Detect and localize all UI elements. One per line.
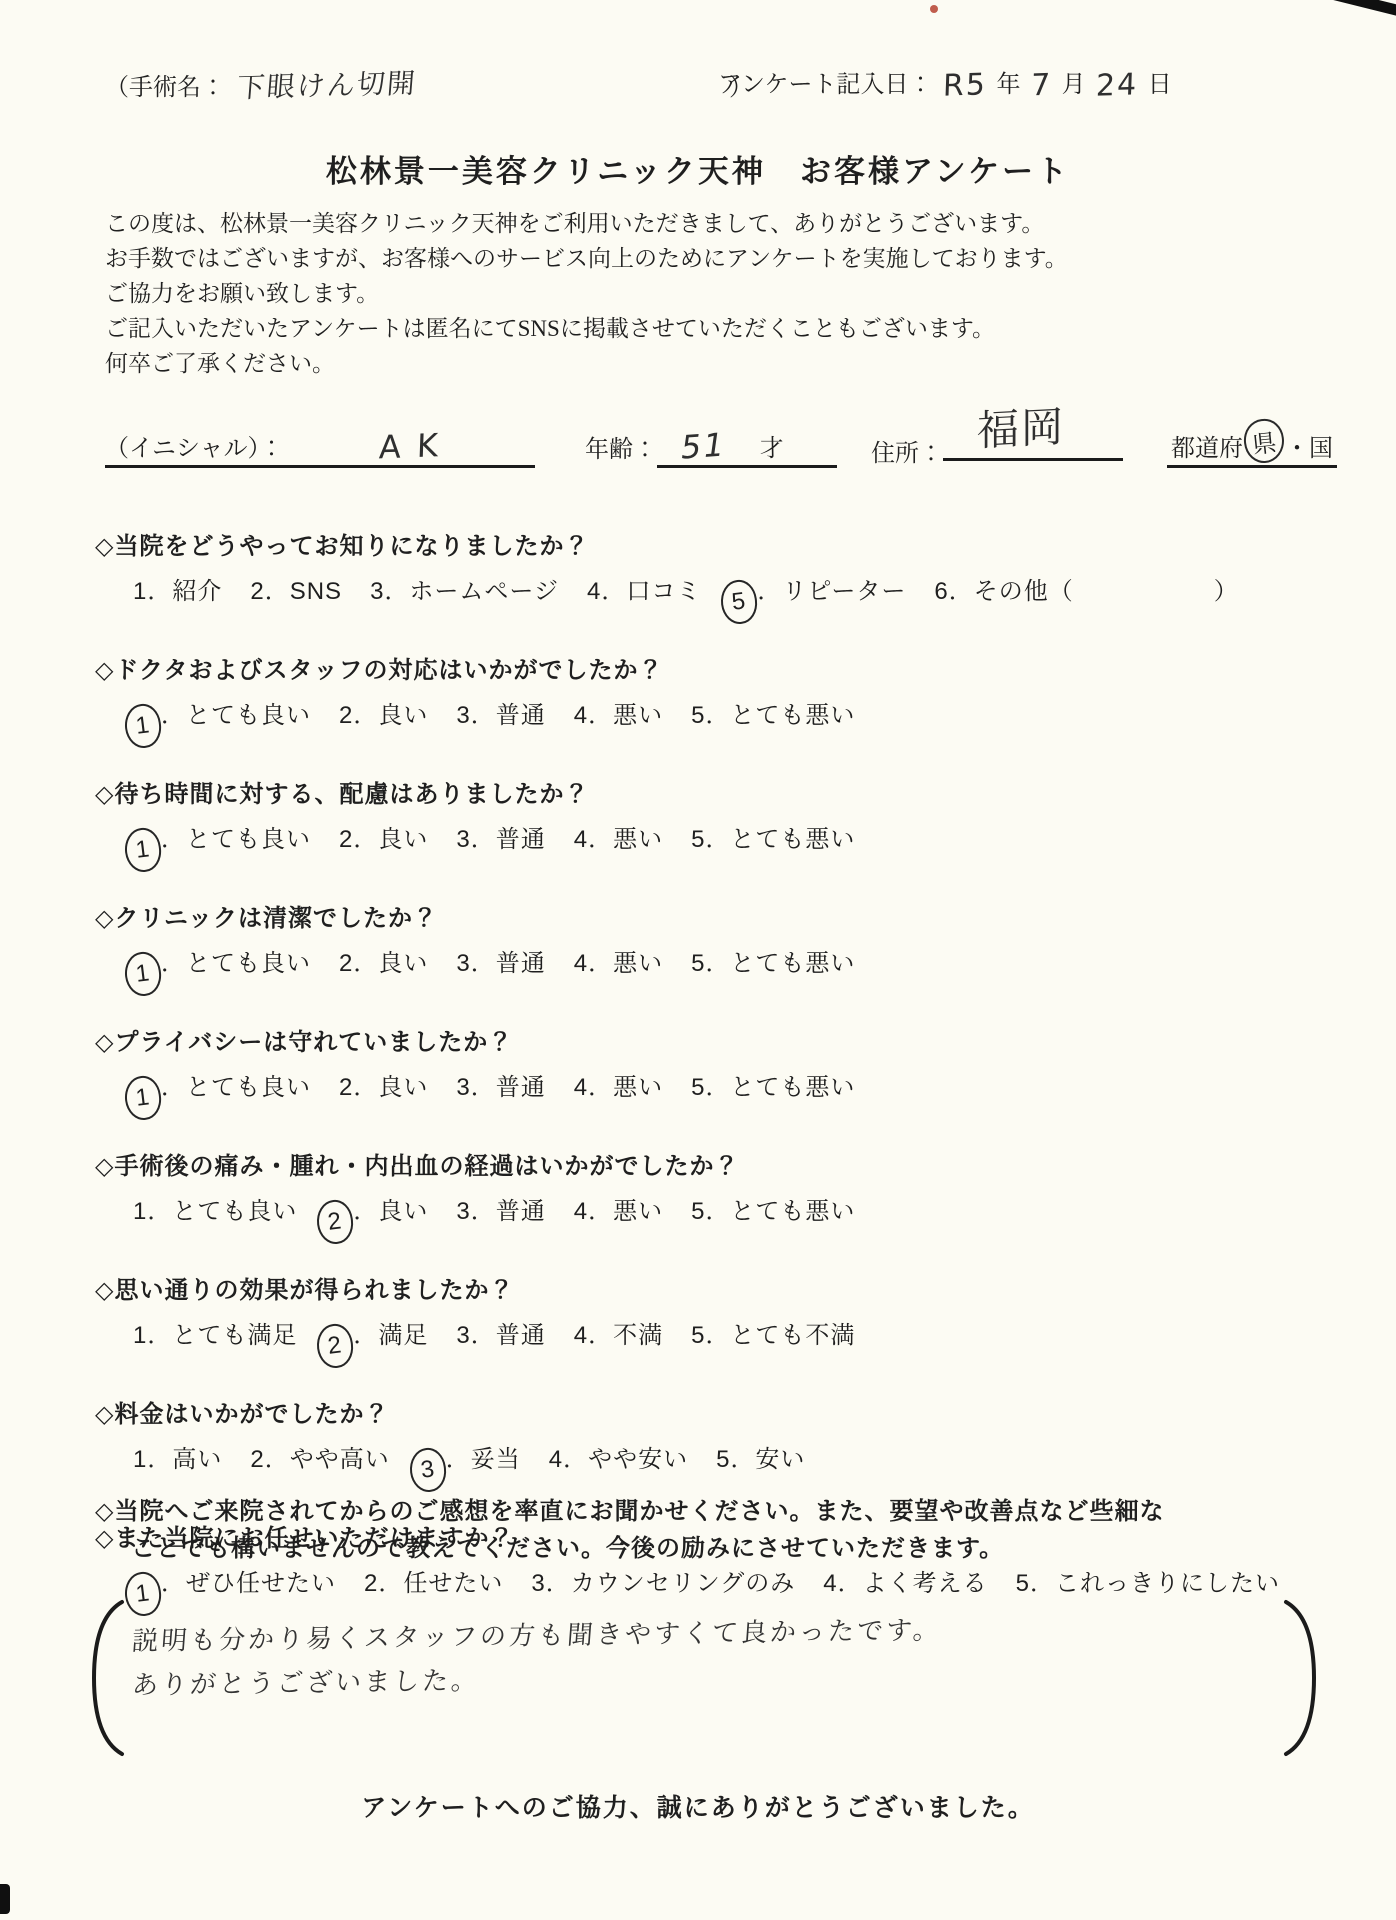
answer-option: 5．とても不満 [691,1322,855,1349]
answer-option: 1．とても良い [133,702,311,729]
option-number: 4 [549,1440,563,1480]
age-unit: 才 [760,428,784,465]
question-options: 1．とても満足2．満足3．普通4．不満5．とても不満 [95,1316,1365,1368]
answer-option: 4．悪い [574,1074,663,1101]
option-number: 3 [456,820,470,860]
region-selector: 都道府県・国 [1167,415,1337,468]
form-title: 松林景一美容クリニック天神 お客様アンケート [0,146,1396,191]
age-handwritten-value: 51 [678,425,728,467]
answer-option: 5．とても悪い [691,826,855,853]
answer-option: 1．とても良い [133,826,311,853]
option-number: 4 [574,820,588,860]
answer-option: 2．良い [339,950,428,977]
answer-option: 1．とても良い [133,1074,311,1101]
option-number: 1 [133,1192,147,1232]
date-year-unit: 年 [997,72,1021,98]
answer-option: 3．普通 [456,702,545,729]
closing-thanks: アンケートへのご協力、誠にありがとうございました。 [0,1788,1396,1824]
answer-option: 4．不満 [574,1322,663,1349]
answer-option: 1．とても良い [133,950,311,977]
answer-option: 1．とても満足 [133,1322,297,1349]
answer-option: 4．口コミ [587,578,701,605]
option-number: 5 [716,1440,730,1480]
question-options: 1．とても良い2．良い3．普通4．悪い5．とても悪い [95,944,1365,996]
circled-answer-number: 3 [407,1446,448,1494]
circled-answer-number: 2 [315,1322,356,1370]
initials-handwritten-value: AK [378,426,454,467]
answer-option: 2．良い [325,1198,428,1225]
question-block: ◇思い通りの効果が得られましたか？ 1．とても満足2．満足3．普通4．不満5．と… [95,1276,1365,1368]
surgery-name-field: （手術名：下眼けん切開） [105,64,753,104]
answer-option: 3．妥当 [418,1446,521,1473]
option-number: 3 [370,572,384,612]
survey-date-field: アンケート記入日：R5年7月24日 [718,64,1172,103]
answer-option: 2．満足 [325,1322,428,1349]
option-number: 4 [587,572,601,612]
option-number: 2 [339,1068,353,1108]
answer-option: 6．その他（） [934,578,1238,605]
answer-option: 4．やや安い [549,1446,688,1473]
answer-option: 5．とても悪い [691,1074,855,1101]
circled-region-kanji: 県 [1242,417,1286,465]
question-block: ◇手術後の痛み・腫れ・内出血の経過はいかがでしたか？ 1．とても良い2．良い3．… [95,1152,1365,1244]
question-options: 1．とても良い2．良い3．普通4．悪い5．とても悪い [95,1192,1365,1244]
date-month-unit: 月 [1062,72,1086,98]
question-block: ◇ドクタおよびスタッフの対応はいかがでしたか？ 1．とても良い2．良い3．普通4… [95,656,1365,748]
circled-answer-number: 5 [719,578,760,626]
question-options: 1．とても良い2．良い3．普通4．悪い5．とても悪い [95,820,1365,872]
option-number: 1 [133,1440,147,1480]
date-day-handwritten: 24 [1095,67,1138,104]
option-number: 2 [250,572,264,612]
circled-answer-number: 2 [315,1198,356,1246]
option-number: 5 [691,1192,705,1232]
option-number: 3 [456,1068,470,1108]
option-number: 4 [574,1192,588,1232]
circled-answer-number: 1 [122,826,163,874]
intro-line: ご協力をお願い致します。 [105,276,1165,311]
answer-option: 3．普通 [456,826,545,853]
option-number: 4 [574,696,588,736]
date-label: アンケート記入日： [718,72,933,98]
date-era-handwritten: R5 [942,67,987,104]
scan-artifact-corner [1320,0,1396,19]
option-number: 3 [456,944,470,984]
question-heading: ◇手術後の痛み・腫れ・内出血の経過はいかがでしたか？ [95,1152,1365,1182]
question-heading: ◇思い通りの効果が得られましたか？ [95,1276,1365,1306]
answer-option: 2．やや高い [250,1446,389,1473]
question-block: ◇クリニックは清潔でしたか？ 1．とても良い2．良い3．普通4．悪い5．とても悪… [95,904,1365,996]
question-block: ◇当院をどうやってお知りになりましたか？ 1．紹介2．SNS3．ホームページ4．… [95,532,1365,624]
question-heading: ◇クリニックは清潔でしたか？ [95,904,1365,934]
surgery-label: （手術名： [105,75,225,101]
answer-option: 2．良い [339,1074,428,1101]
option-number: 4 [574,1316,588,1356]
question-heading: ◇ドクタおよびスタッフの対応はいかがでしたか？ [95,656,1365,686]
option-number: 5 [691,820,705,860]
option-number: 5 [691,944,705,984]
question-options: 1．とても良い2．良い3．普通4．悪い5．とても悪い [95,1068,1365,1120]
comment-box: 説明も分かり易くスタッフの方も聞きやすくて良かったです。 ありがとうございました… [86,1598,1322,1758]
question-block: ◇料金はいかがでしたか？ 1．高い2．やや高い3．妥当4．やや安い5．安い [95,1400,1365,1492]
question-options: 1．とても良い2．良い3．普通4．悪い5．とても悪い [95,696,1365,748]
option-number: 3 [456,1192,470,1232]
age-field: 年齢：51才 [585,415,837,468]
left-paren-decoration [86,1598,128,1758]
circled-answer-number: 1 [122,950,163,998]
option-number: 3 [456,696,470,736]
option-number: 2 [250,1440,264,1480]
option-number: 6 [934,572,948,612]
answer-option: 1．とても良い [133,1198,297,1225]
answer-option: 2．良い [339,826,428,853]
intro-line: ご記入いただいたアンケートは匿名にてSNSに掲載させていただくこともございます。 [105,311,1165,346]
answer-option: 5．とても悪い [691,950,855,977]
option-number: 5 [691,696,705,736]
address-label: 住所： [871,441,943,469]
answer-option: 4．悪い [574,702,663,729]
option-number: 5 [691,1068,705,1108]
option-number: 1 [133,1316,147,1356]
answer-option: 5．とても悪い [691,702,855,729]
question-block: ◇待ち時間に対する、配慮はありましたか？ 1．とても良い2．良い3．普通4．悪い… [95,780,1365,872]
comment-prompt-line: ◇当院へご来院されてからのご感想を率直にお聞かせください。また、要望や改善点など… [95,1493,1365,1530]
question-heading: ◇プライバシーは守れていましたか？ [95,1028,1365,1058]
question-heading: ◇待ち時間に対する、配慮はありましたか？ [95,780,1365,810]
answer-option: 5．これっきりにしたい [1016,1570,1280,1597]
answer-option: 2．任せたい [364,1570,503,1597]
answer-option: 5．安い [716,1446,805,1473]
question-heading: ◇当院をどうやってお知りになりましたか？ [95,532,1365,562]
answer-option: 2．SNS [250,578,342,605]
option-number: 4 [574,1068,588,1108]
answer-option: 3．普通 [456,950,545,977]
intro-paragraph: この度は、松林景一美容クリニック天神をご利用いただきまして、ありがとうございます… [105,206,1165,381]
scan-artifact-edge [0,1884,10,1914]
profile-row: （イニシャル）： AK 年齢：51才 住所：福岡 都道府県・国 [105,408,1345,468]
questions-section: ◇当院をどうやってお知りになりましたか？ 1．紹介2．SNS3．ホームページ4．… [95,532,1365,1648]
option-number: 5 [691,1316,705,1356]
address-handwritten-value: 福岡 [977,394,1065,459]
question-options: 1．高い2．やや高い3．妥当4．やや安い5．安い [95,1440,1365,1492]
surgery-handwritten-value: 下眼けん切開 [235,62,418,107]
option-number: 2 [339,696,353,736]
circled-answer-number: 1 [122,702,163,750]
question-heading: ◇料金はいかがでしたか？ [95,1400,1365,1430]
intro-line: お手数ではございますが、お客様へのサービス向上のためにアンケートを実施しておりま… [105,241,1165,276]
date-month-handwritten: 7 [1030,68,1052,104]
address-field: 住所：福岡 [871,408,1123,468]
question-block: ◇プライバシーは守れていましたか？ 1．とても良い2．良い3．普通4．悪い5．と… [95,1028,1365,1120]
scanned-survey-form: （手術名：下眼けん切開） アンケート記入日：R5年7月24日 松林景一美容クリニ… [0,0,1396,1920]
answer-option: 4．よく考える [823,1570,987,1597]
answer-option: 1．高い [133,1446,222,1473]
comment-prompt-line: ことでも構いませんので教えてください。今後の励みにさせていただきます。 [95,1530,1365,1567]
answer-option: 5．リピーター [729,578,906,605]
answer-option: 4．悪い [574,1198,663,1225]
answer-option: 1．紹介 [133,578,222,605]
option-number: 1 [133,572,147,612]
answer-option: 5．とても悪い [691,1198,855,1225]
right-paren-decoration [1280,1598,1322,1758]
answer-option: 1．ぜひ任せたい [133,1570,336,1597]
answer-option: 3．普通 [456,1198,545,1225]
comment-prompt: ◇当院へご来院されてからのご感想を率直にお聞かせください。また、要望や改善点など… [95,1493,1365,1567]
circled-answer-number: 1 [122,1074,163,1122]
option-number: 2 [339,944,353,984]
date-day-unit: 日 [1148,72,1172,98]
region-text-pre: 都道府 [1171,428,1243,465]
answer-option: 3．カウンセリングのみ [531,1570,795,1597]
answer-option: 3．普通 [456,1322,545,1349]
answer-option: 4．悪い [574,950,663,977]
age-label: 年齢： [585,437,657,465]
answer-option: 2．良い [339,702,428,729]
answer-option: 4．悪い [574,826,663,853]
initials-field: （イニシャル）： AK [105,415,535,468]
question-options: 1．紹介2．SNS3．ホームページ4．口コミ5．リピーター6．その他（） [95,572,1365,624]
scan-artifact-red-dot [930,5,938,13]
option-number: 3 [456,1316,470,1356]
option-number: 4 [574,944,588,984]
intro-line: 何卒ご了承ください。 [105,346,1165,381]
answer-option: 3．ホームページ [370,578,559,605]
region-text-post: ・国 [1285,428,1333,465]
answer-option: 3．普通 [456,1074,545,1101]
option-number: 2 [339,820,353,860]
initials-label: （イニシャル）： [105,428,284,465]
handwritten-comment: 説明も分かり易くスタッフの方も聞きやすくて良かったです。 ありがとうございました… [132,1612,1262,1700]
intro-line: この度は、松林景一美容クリニック天神をご利用いただきまして、ありがとうございます… [105,206,1165,241]
